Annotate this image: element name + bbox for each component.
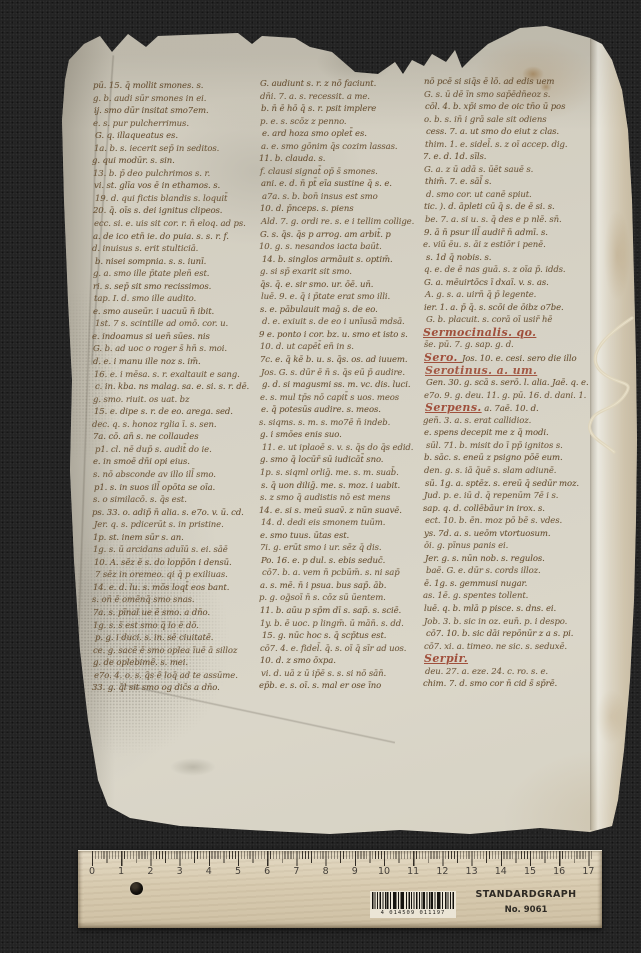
ink-text: s. q̄ uon diliḡ. me. s. moz. i uabit. xyxy=(261,481,400,491)
ink-text: G. q. illaqueatus es. xyxy=(95,131,178,141)
manuscript-line: g. a. smo ille p̄tate plen̄ est. xyxy=(93,268,251,281)
manuscript-line: p1. cl. nē dup̄ s. audit̄ do ie. xyxy=(95,444,251,457)
ink-text: 1p. s. siqml orliḡ. me. s. m. suab̄. xyxy=(260,468,399,478)
ink-text: e. s. pur pulcherrimus. xyxy=(93,119,189,129)
manuscript-line: e. in smoē dn̄i opi eius. xyxy=(93,456,251,469)
barcode-digits: 4 014509 011197 xyxy=(372,909,454,917)
manuscript-line: g. smo q̄ locūr̄ sū iudicāt̄ sno. xyxy=(260,454,422,467)
manuscript-line: 20. q̄. oīs s. dei ignitus clipeos. xyxy=(93,205,251,218)
ink-text: e. q̄ potesūs audire. s. meos. xyxy=(261,405,381,415)
manuscript-line: cō7. 4. e. fidel̄. q̄. s. oī q̄ sīr ad u… xyxy=(260,643,422,656)
ink-text: a. e. smo gōnim q̄s cozim lassas. xyxy=(261,142,397,152)
ink-text: thim. 1. e. sidel̄. s. z oī accep. dig. xyxy=(425,140,567,150)
manuscript-line: ep̄b. e. s. oī. s. mal er ose īno xyxy=(259,680,422,693)
ink-text: p. e. s. scōz z penno. xyxy=(260,117,347,127)
ruler-ticks-mm xyxy=(92,851,592,859)
ruler: 01234567891011121314151617 4 014509 0111… xyxy=(78,850,602,928)
rubric-heading: Sero. xyxy=(424,351,462,364)
ink-text: G. a. mēuirtōcs ī dxaī. v. s. as. xyxy=(424,278,549,288)
ruler-cm-label: 15 xyxy=(524,866,536,877)
manuscript-line: 10. d. p̄nceps. s. piens xyxy=(260,203,422,216)
ink-text: 7 sēz in oremeo. qi q̄ p exiliuas. xyxy=(95,570,228,580)
ink-text: 19. d. qui fictis blandis s. loquit̄ xyxy=(95,194,227,204)
ruler-barcode: 4 014509 011197 xyxy=(370,891,456,918)
ink-text: d. e. i manu ille noz s. im̄. xyxy=(93,357,201,367)
ink-text: g. i smōes enis suo. xyxy=(260,430,342,440)
ink-text: p. g. og̃soī n̄ s. cōz sū ūentem. xyxy=(259,593,386,603)
ink-text: g. qui modūr. s. sin. xyxy=(92,156,175,166)
manuscript-line: ri. s. sep̄ sit smo recissimos. xyxy=(93,281,251,294)
ink-text: ep̄b. e. s. oī. s. mal er ose īno xyxy=(259,681,381,691)
manuscript-line: tap. I. d. smo ille audito. xyxy=(94,293,251,306)
ink-text: d. e. exiuit s. de eo i unīusā mdsā. xyxy=(262,317,405,327)
manuscript-line: 10. g. s. nesandos iacta baūt. xyxy=(259,241,422,254)
manuscript-line: d. e. exiuit s. de eo i unīusā mdsā. xyxy=(262,316,422,329)
ruler-cm-label: 2 xyxy=(147,866,153,877)
ink-text: e. viū ēu. s. āi z estiōr i penē. xyxy=(423,240,546,250)
ink-text: 1g. s. ū arcidans aduīū s. ei. sāē xyxy=(93,545,228,555)
manuscript-line: e. s. pur pulcherrimus. xyxy=(93,118,251,131)
ink-text: luē. q. b. mlā p pisce. s. dns. ei. xyxy=(424,604,556,614)
ink-text: 13. b. p̄ deo pulchrimos s. r. xyxy=(93,169,210,179)
manuscript-line: s. siqms. s. m. s. mo7ē n̄ indeb. xyxy=(259,417,422,430)
ink-text: 11. b. clauda. s. xyxy=(259,154,325,164)
manuscript-line: 9 e. ponto i cor. bz. u. smo et isto s. xyxy=(259,329,422,342)
ink-text: e. spens decepit me z q̄ modi. xyxy=(424,428,549,438)
ink-text: b. nisei sompnia. s. s. iunī. xyxy=(95,257,206,267)
ruler-hole xyxy=(130,882,143,895)
manuscript-line: p. e. s. scōz z penno. xyxy=(260,116,422,129)
ink-text: ys. 7d. a. s. ueōm vtortuosum. xyxy=(424,529,550,539)
ink-text: ce. g. sacē ē smo oplea īuē ā silloz xyxy=(93,646,237,656)
ink-text: sū. 1g. a. sptēz. s. ereū q̄ sedūr moz. xyxy=(425,479,579,489)
ink-text: g. a. smo ille p̄tate plen̄ est. xyxy=(93,269,209,279)
manuscript-line: 13. b. p̄ deo pulchrimos s. r. xyxy=(93,168,251,181)
ink-text: sūl. 71. b. misit do ī pp̄ ignitos s. xyxy=(426,441,563,451)
ink-text: ier. 1. a. p̄ q̄. s. scōi de ōibz o7be. xyxy=(424,303,564,313)
ink-text: p. g. i duci. s. in. sē ciuitatē. xyxy=(95,633,213,643)
manuscript-line: Ald. 7. g. ordi re. s. e i tellim collig… xyxy=(261,216,422,229)
ink-text: 15. e. dipe s. r. de eo. arega. sed. xyxy=(94,407,233,417)
manuscript-line: a. e. smo gōnim q̄s cozim lassas. xyxy=(261,141,422,154)
rubric-heading: Serpir. xyxy=(424,652,468,665)
ink-text: q. e. de ē nas guā. s. z oīa p̄. idds. xyxy=(424,265,566,275)
manuscript-line: cō7. b. a. vem n̄ pcbūm̄. s. ni sap̄ xyxy=(262,567,422,580)
ink-text: a. s. mē. n̄ i psua. bus sap̄. āb. xyxy=(260,581,386,591)
manuscript-line: 1a. b. s. iecerit sep̄ in seditos. xyxy=(94,143,251,156)
ink-text: b. sāc. s. eneū z psigno pōē eum. xyxy=(424,453,563,463)
ink-text: Jer. g. s. nūn nob. s. regulos. xyxy=(425,554,545,564)
manuscript-line: 7c. e. q̄ kē b. u. s. q̄s. os. ad iuuem. xyxy=(260,354,422,367)
manuscript-line: 10. A. sēz ē s. do lopp̄ōn i densū. xyxy=(94,557,251,570)
manuscript-line: 1g. s. s̄ est smo q̄ lo ē dō. xyxy=(93,620,251,633)
ink-text: pū. 15. q̄ mollit smones. s. xyxy=(93,81,203,91)
ink-text: 7c. e. q̄ kē b. u. s. q̄s. os. ad iuuem. xyxy=(260,355,407,365)
ink-text: A. g. s. a. uirn̄ q̄ p̄ legente. xyxy=(425,290,536,300)
ink-text: dn̄i. 7. a. s. recessit. a me. xyxy=(260,92,370,102)
ink-text: s. nō absconde av illo ill̄ smo. xyxy=(93,470,216,480)
manuscript-line: vi. d. uā z ū ip̄ē s. s. si nō sān̄. xyxy=(261,668,422,681)
ruler-cm-label: 5 xyxy=(235,866,241,877)
barcode-bars xyxy=(372,892,454,909)
manuscript-line: e. smo tuus. ūtas est. xyxy=(260,530,422,543)
ruler-cm-label: 0 xyxy=(89,866,95,877)
ink-text: 7i. g. erūt smo i ur. sēz q̄ dis. xyxy=(260,543,381,553)
ink-text: b. n̄ ē hō q̄ s. r. psit implere xyxy=(261,104,376,114)
text-column-2: G. audiunt s. r. z nō faciunt.dn̄i. 7. a… xyxy=(260,78,422,693)
ink-text: o. b. s. in̄ i grā sale sit odiens xyxy=(424,115,547,125)
ink-text: Jud. p. e. iū d. q̄ repenūm 7ē i s. xyxy=(424,491,558,501)
manuscript-line: Po. 16. e. p dul. s. ebis seduc̄. xyxy=(261,555,422,568)
ruler-cm-label: 6 xyxy=(264,866,270,877)
manuscript-line: p. g. og̃soī n̄ s. cōz sū ūentem. xyxy=(259,592,422,605)
manuscript-line: G. q. illaqueatus es. xyxy=(95,130,251,143)
manuscript-line: a. de ico etn̄ ie. do puia. s. s. r. f. xyxy=(93,231,251,244)
ink-text: Ald. 7. g. ordi re. s. e i tellim collig… xyxy=(261,217,414,227)
ink-text: 9. ā n̄ psur ill̄ audir̄ n̄ admī. s. xyxy=(424,228,548,238)
ink-text: Jos. G. s. dūr ē n̄ s. q̄s eū p̄ audire. xyxy=(261,368,405,378)
ink-text: cō7. 4. e. fidel̄. q̄. s. oī q̄ sīr ad u… xyxy=(260,644,406,654)
ink-text: a. 7aē. 10. d. xyxy=(482,404,539,414)
manuscript-line: e. s. mul tp̄s nō capit̄ s uos. meos xyxy=(260,392,422,405)
ink-text: 1a. b. s. iecerit sep̄ in seditos. xyxy=(94,144,219,154)
ink-text: a. de ico etn̄ ie. do puia. s. s. r. f. xyxy=(93,232,229,242)
manuscript-line: 15. e. dipe s. r. de eo. arega. sed. xyxy=(94,406,251,419)
ruler-cm-label: 16 xyxy=(553,866,565,877)
manuscript-line: b. nisei sompnia. s. s. iunī. xyxy=(95,256,251,269)
manuscript-line: 7a. cō. an̄ s. ne collaudes xyxy=(93,431,251,444)
ink-text: g. smo q̄ locūr̄ sū iudicāt̄ sno. xyxy=(260,455,383,465)
parchment-page: pū. 15. q̄ mollit smones. s.g. b. audi s… xyxy=(0,0,641,953)
rubric-heading: Serotinus. a. um. xyxy=(425,364,537,377)
manuscript-line: p1. s. in suos ill̄ opōta se oīa. xyxy=(94,482,251,495)
ink-text: baē. G. e. dūr s. cords illoz. xyxy=(426,566,541,576)
ink-text: e. smo auseūr. i uacuū n̄ ibit. xyxy=(93,307,214,317)
ink-text: ōi. g. pīnus panis ei. xyxy=(424,541,508,551)
ink-text: e. smo tuus. ūtas est. xyxy=(260,531,349,541)
ink-text: s. on̄ ē omēnq̄ smo snas. xyxy=(92,595,195,605)
ink-text: ij. smo dūr insitat smo7em. xyxy=(94,106,209,116)
ink-text: ps. 33. o. adip̄ n̄ alia. s. e7o. v. ū. … xyxy=(92,508,244,518)
ink-text: 7. e. d. 1d. sīls. xyxy=(423,152,486,162)
manuscript-line: 1st. 7 s. scintille ad omō. cor. u. xyxy=(95,318,251,331)
manuscript-line: 1y. b. ē uoc. p lingm̄. ū mān̄. s. dd. xyxy=(260,618,422,631)
ink-text: p1. s. in suos ill̄ opōta se oīa. xyxy=(94,483,215,493)
ink-text: G. b. placuit. s. corā oī usir̄ hē xyxy=(426,315,552,325)
ruler-cm-label: 10 xyxy=(378,866,390,877)
manuscript-line: g. d. si magusmi ss. m. vc. dis. luci. xyxy=(262,379,422,392)
ink-text: s. o similacō. s. q̄s est. xyxy=(93,495,187,505)
ink-text: luē. 9. e. q̄ i p̄tate erat smo illi. xyxy=(261,292,390,302)
manuscript-line: pū. 15. q̄ mollit smones. s. xyxy=(93,80,251,93)
ink-text: 10. d. p̄nceps. s. piens xyxy=(260,204,353,214)
ink-text: chim. 7. d. smo cor n̄ cid s̄ sp̄rē. xyxy=(423,679,557,689)
manuscript-line: 7a. s. pīnal ue ē smo. a dn̄o. xyxy=(93,607,251,620)
manuscript-line: e. q̄ potesūs audire. s. meos. xyxy=(261,404,422,417)
ink-text: 14. b. singlos armāuit s. optim̄. xyxy=(262,255,393,265)
ink-text: 1g. s. s̄ est smo q̄ lo ē dō. xyxy=(93,621,199,631)
ink-text: 33. g. q̄l sit smo og dic̄s a dn̄o. xyxy=(92,683,220,693)
ink-text: dec. q. s. honoz rglia ī. s. sen. xyxy=(92,420,216,430)
ink-text: g. d. si magusmi ss. m. vc. dis. luci. xyxy=(262,380,410,390)
manuscript-line: g. de oplebimē. s. mei. xyxy=(93,657,251,670)
manuscript-line: e7o. 4. o. s. q̄s ē loq̄ ad te assūme. xyxy=(94,670,251,683)
ruler-cm-label: 9 xyxy=(352,866,358,877)
ruler-cm-label: 3 xyxy=(177,866,183,877)
ink-text: nō pcē si siq̄s ē lō. ad edis uem xyxy=(424,77,554,87)
manuscript-line: 19. d. qui fictis blandis s. loquit̄ xyxy=(95,193,251,206)
manuscript-line: G. s. q̄s. q̄s p arrog. am arbit̄. p xyxy=(260,229,422,242)
ink-text: s. e. pābulauit maḡ s. de eo. xyxy=(260,305,378,315)
manuscript-line: 14. b. singlos armāuit s. optim̄. xyxy=(262,254,422,267)
manuscript-line: g. b. audi sūr smones in ei. xyxy=(93,93,251,106)
ink-text: 14. e. d. lu. s. mōs loqt̄ eos bant. xyxy=(93,583,229,593)
ink-text: 14. d. dedi eis smonem tuūm. xyxy=(261,518,385,528)
manuscript-line: e. smo auseūr. i uacuū n̄ ibit. xyxy=(93,306,251,319)
ink-text: G. audiunt s. r. z nō faciunt. xyxy=(260,79,376,89)
manuscript-line: dec. q. s. honoz rglia ī. s. sen. xyxy=(92,419,251,432)
manuscript-line: s. o similacō. s. q̄s est. xyxy=(93,494,251,507)
ink-text: q̄s. q̄. e. sir smo. ur. ōē. un̄. xyxy=(260,280,373,290)
ruler-cm-label: 14 xyxy=(495,866,507,877)
ink-text: vi. d. uā z ū ip̄ē s. s. si nō sān̄. xyxy=(261,669,386,679)
manuscript-line: Jos. G. s. dūr ē n̄ s. q̄s eū p̄ audire. xyxy=(261,367,422,380)
text-column-1: pū. 15. q̄ mollit smones. s.g. b. audi s… xyxy=(93,80,251,695)
manuscript-line: f. clausi signat̄ op̄ s̄ smones. xyxy=(260,166,422,179)
manuscript-line: q̄s. q̄. e. sir smo. ur. ōē. un̄. xyxy=(260,279,422,292)
manuscript-line: ij. smo dūr insitat smo7em. xyxy=(94,105,251,118)
ruler-brand: STANDARDGRAPH xyxy=(466,889,586,900)
manuscript-line: G. b. ad uoc o roger s̄ hn̄ s. moi. xyxy=(93,343,251,356)
ink-text: 1y. b. ē uoc. p lingm̄. ū mān̄. s. dd. xyxy=(260,619,404,629)
ink-text: 7a. cō. an̄ s. ne collaudes xyxy=(93,432,198,442)
ink-text: G. s. q̄s. q̄s p arrog. am arbit̄. p xyxy=(260,230,391,240)
manuscript-line: luē. 9. e. q̄ i p̄tate erat smo illi. xyxy=(261,291,422,304)
ink-text: g. de oplebimē. s. mei. xyxy=(93,658,188,668)
ink-text: Job. 3. b. sic in oz. eun̄. p. i despo. xyxy=(424,617,567,627)
manuscript-line: 15. g. nūc hoc s. q̄ scp̄tus est. xyxy=(262,630,422,643)
manuscript-line: g. smo. riuit. os uat. bz xyxy=(93,394,251,407)
ink-text: 20. q̄. oīs s. dei ignitus clipeos. xyxy=(93,206,222,216)
manuscript-line: ecc. si. e. uis sit cor. r. n̄ eloq. ad … xyxy=(94,218,251,231)
ink-text: cō7. b. a. vem n̄ pcbūm̄. s. ni sap̄ xyxy=(262,568,400,578)
ink-text: 10. g. s. nesandos iacta baūt. xyxy=(259,242,382,252)
ink-text: 16. e. i mēsa. s. r. exaltauit e sang. xyxy=(94,370,240,380)
manuscript-line: g. si sp̄ exarit sit smo. xyxy=(260,266,422,279)
ruler-cm-label: 4 xyxy=(206,866,212,877)
ink-text: g. si sp̄ exarit sit smo. xyxy=(260,267,352,277)
manuscript-line: 10. d. z smo ōxpa. xyxy=(260,655,422,668)
ink-text: cess. 7. a. ut smo do eiut z clas. xyxy=(426,127,559,137)
binding-thread xyxy=(560,300,641,460)
manuscript-line: 1p. s. siqml orliḡ. me. s. m. suab̄. xyxy=(260,467,422,480)
ink-text: deu. 27. a. eze. 24. c. ro. s. e. xyxy=(425,667,548,677)
ruler-cm-label: 12 xyxy=(436,866,448,877)
ink-text: tap. I. d. smo ille audito. xyxy=(94,294,196,304)
manuscript-line: d. e. i manu ille noz s. im̄. xyxy=(93,356,251,369)
ink-text: 10. d. z smo ōxpa. xyxy=(260,656,336,666)
ruler-cm-label: 8 xyxy=(323,866,329,877)
ink-text: d. smo cor. ut canē spiut. xyxy=(426,190,532,200)
ink-text: Po. 16. e. p dul. s. ebis seduc̄. xyxy=(261,556,385,566)
ink-text: den. g. s. iā q̄uē s. slam adiunē. xyxy=(424,466,556,476)
ruler-number-row: 01234567891011121314151617 xyxy=(78,866,602,879)
manuscript-line: s. nō absconde av illo ill̄ smo. xyxy=(93,469,251,482)
ruler-cm-label: 13 xyxy=(466,866,478,877)
manuscript-line: s. e. pābulauit maḡ s. de eo. xyxy=(260,304,422,317)
stain-mark xyxy=(170,758,216,776)
ink-text: s̄e. pū. 7. g. sap. g. d. xyxy=(424,340,514,350)
ruler-cm-label: 7 xyxy=(293,866,299,877)
ink-text: e7o. 4. o. s. q̄s ē loq̄ ad te assūme. xyxy=(94,671,238,681)
manuscript-line: a. s. mē. n̄ i psua. bus sap̄. āb. xyxy=(260,580,422,593)
manuscript-line: b. n̄ ē hō q̄ s. r. psit implere xyxy=(261,103,422,116)
rubric-heading: Serpens. xyxy=(425,401,482,414)
manuscript-line: ce. g. sacē ē smo oplea īuē ā silloz xyxy=(93,645,251,658)
ink-text: G. s. ū dē īn smo sap̄ēdn̄eoz s. xyxy=(424,90,550,100)
ink-text: cō7. 10. b. sic dāi repōnūr z a s. pi. xyxy=(426,629,573,639)
manuscript-line: s. on̄ ē omēnq̄ smo snas. xyxy=(92,594,251,607)
ink-text: e. s. mul tp̄s nō capit̄ s uos. meos xyxy=(260,393,399,403)
manuscript-line: dn̄i. 7. a. s. recessit. a me. xyxy=(260,91,422,104)
rubric-heading: Sermocinalis. qo. xyxy=(423,326,536,339)
ink-text: 11. e. ut iplaoē s. v. s. q̄s do q̄s edi… xyxy=(262,443,413,453)
manuscript-line: 11. e. ut iplaoē s. v. s. q̄s do q̄s edi… xyxy=(262,442,422,455)
ink-text: ect. 10. b. ēn. moz pō bē s. vdes. xyxy=(425,516,562,526)
ink-text: s. z smo q̄ audistis nō est mens xyxy=(260,493,390,503)
ruler-cm-label: 1 xyxy=(118,866,124,877)
ink-text: 7a. s. pīnal ue ē smo. a dn̄o. xyxy=(93,608,210,618)
ink-text: G. b. ad uoc o roger s̄ hn̄ s. moi. xyxy=(93,344,227,354)
ink-text: ē. 1g. s. gemmusi nugar. xyxy=(424,579,527,589)
ink-text: s. siqms. s. m. s. mo7ē n̄ indeb. xyxy=(259,418,390,428)
ink-text: 10. A. sēz ē s. do lopp̄ōn i densū. xyxy=(94,558,232,568)
ink-text: 9 e. ponto i cor. bz. u. smo et isto s. xyxy=(259,330,408,340)
manuscript-line: 7 sēz in oremeo. qi q̄ p exiliuas. xyxy=(95,569,251,582)
ink-text: c. in. kba. ns malag. sa. e. si. s. r. d… xyxy=(95,382,249,392)
manuscript-line: 14. e. si s. meū suav̄. z nūn suavē. xyxy=(259,505,422,518)
ink-text: be. 7. a. si u. s. q̄ des e p nlē. sn̄. xyxy=(425,215,562,225)
ink-text: s. 1d q̄ nobis. s. xyxy=(426,253,491,263)
ink-text: g. smo. riuit. os uat. bz xyxy=(93,395,189,405)
manuscript-line: ani. e. d. n̄ pt̄ eīa sustine q̄ s. e. xyxy=(261,178,422,191)
ink-text: cōl. 4. b. xp̄i smo de oic tn̄o ū pos xyxy=(425,102,565,112)
ink-text: sap. q. d. collēbāur in irox. s. xyxy=(423,504,545,514)
manuscript-line: 33. g. q̄l sit smo og dic̄s a dn̄o. xyxy=(92,682,251,695)
ink-text: gen̄. 3. a. s. erat callidioz. xyxy=(423,416,531,426)
manuscript-line: Jer. q. s. pdicerūt s. in pristine. xyxy=(94,519,251,532)
manuscript-line: p. g. i duci. s. in. sē ciuitatē. xyxy=(95,632,251,645)
manuscript-line: 10. d. ut capēt̄ en̄ in s. xyxy=(260,341,422,354)
ink-text: ani. e. d. n̄ pt̄ eīa sustine q̄ s. e. xyxy=(261,179,392,189)
manuscript-line: a7a. s. b. bon̄ insus est smo xyxy=(262,191,422,204)
ink-text: 15. g. nūc hoc s. q̄ scp̄tus est. xyxy=(262,631,386,641)
manuscript-line: 11. b. aūu p sp̄m dī s. sap̄. s. sciē. xyxy=(260,605,422,618)
manuscript-line: vi. st. glīa vos ē in ethamos. s. xyxy=(94,180,251,193)
ink-text: 11. b. aūu p sp̄m dī s. sap̄. s. sciē. xyxy=(260,606,401,616)
ruler-cm-label: 17 xyxy=(582,866,594,877)
manuscript-line: 11. b. clauda. s. xyxy=(259,153,422,166)
ruler-cm-label: 11 xyxy=(407,866,419,877)
ink-text: p1. cl. nē dup̄ s. audit̄ do ie. xyxy=(95,445,212,455)
manuscript-line: g. qui modūr. s. sin. xyxy=(92,155,251,168)
manuscript-line: g. i smōes enis suo. xyxy=(260,429,422,442)
ink-text: e. ard hoza smo oplet̄ es. xyxy=(262,129,367,139)
ruler-model-number: No. 9061 xyxy=(466,905,586,915)
ink-text: d. inuisus s. erit stulticiā. xyxy=(92,244,198,254)
manuscript-line: 16. e. i mēsa. s. r. exaltauit e sang. xyxy=(94,369,251,382)
manuscript-line: 14. d. dedi eis smonem tuūm. xyxy=(261,517,422,530)
manuscript-line: G. audiunt s. r. z nō faciunt. xyxy=(260,78,422,91)
ink-text: Jer. q. s. pdicerūt s. in pristine. xyxy=(94,520,224,530)
ink-text: as. 1ē. g. spentes tollent. xyxy=(423,591,528,601)
ink-text: g. b. audi sūr smones in ei. xyxy=(93,94,206,104)
ink-text: e. indoamus si uen̄ sūes. nis xyxy=(92,332,210,342)
ink-text: tic. ). d. āpleti cū q̄ s. de ē si. s. xyxy=(424,202,555,212)
manuscript-line: c. in. kba. ns malag. sa. e. si. s. r. d… xyxy=(95,381,251,394)
manuscript-line: 7i. g. erūt smo i ur. sēz q̄ dis. xyxy=(260,542,422,555)
manuscript-line: s. q̄ uon diliḡ. me. s. moz. i uabit. xyxy=(261,480,422,493)
manuscript-line: s. z smo q̄ audistis nō est mens xyxy=(260,492,422,505)
manuscript-line: e. indoamus si uen̄ sūes. nis xyxy=(92,331,251,344)
ink-text: ri. s. sep̄ sit smo recissimos. xyxy=(93,282,211,292)
ink-text: 14. e. si s. meū suav̄. z nūn suavē. xyxy=(259,506,402,516)
ink-text: 1p. st. inem sūr s. an. xyxy=(93,533,184,543)
ink-text: e. in smoē dn̄i opi eius. xyxy=(93,457,190,467)
manuscript-photo: pū. 15. q̄ mollit smones. s.g. b. audi s… xyxy=(0,0,641,953)
ink-text: 1st. 7 s. scintille ad omō. cor. u. xyxy=(95,319,228,329)
manuscript-line: e. ard hoza smo oplet̄ es. xyxy=(262,128,422,141)
manuscript-line: 1g. s. ū arcidans aduīū s. ei. sāē xyxy=(93,544,251,557)
ink-text: a7a. s. b. bon̄ insus est smo xyxy=(262,192,378,202)
ink-text: cō7. xi. a. timeo. ne sic. s. seduxē. xyxy=(424,642,567,652)
ink-text: G. a. z ū adā s. ūēt sauē s. xyxy=(424,165,533,175)
manuscript-line: 14. e. d. lu. s. mōs loqt̄ eos bant. xyxy=(93,582,251,595)
manuscript-line: ps. 33. o. adip̄ n̄ alia. s. e7o. v. ū. … xyxy=(92,507,251,520)
ink-text: 10. d. ut capēt̄ en̄ in s. xyxy=(260,342,354,352)
ink-text: vi. st. glīa vos ē in ethamos. s. xyxy=(94,181,220,191)
ink-text: thim̄. 7. e. sāl̄ s. xyxy=(425,177,491,187)
manuscript-line: 1p. st. inem sūr s. an. xyxy=(93,532,251,545)
manuscript-line: d. inuisus s. erit stulticiā. xyxy=(92,243,251,256)
ink-text: ecc. si. e. uis sit cor. r. n̄ eloq. ad … xyxy=(94,219,246,229)
ink-text: f. clausi signat̄ op̄ s̄ smones. xyxy=(260,167,378,177)
